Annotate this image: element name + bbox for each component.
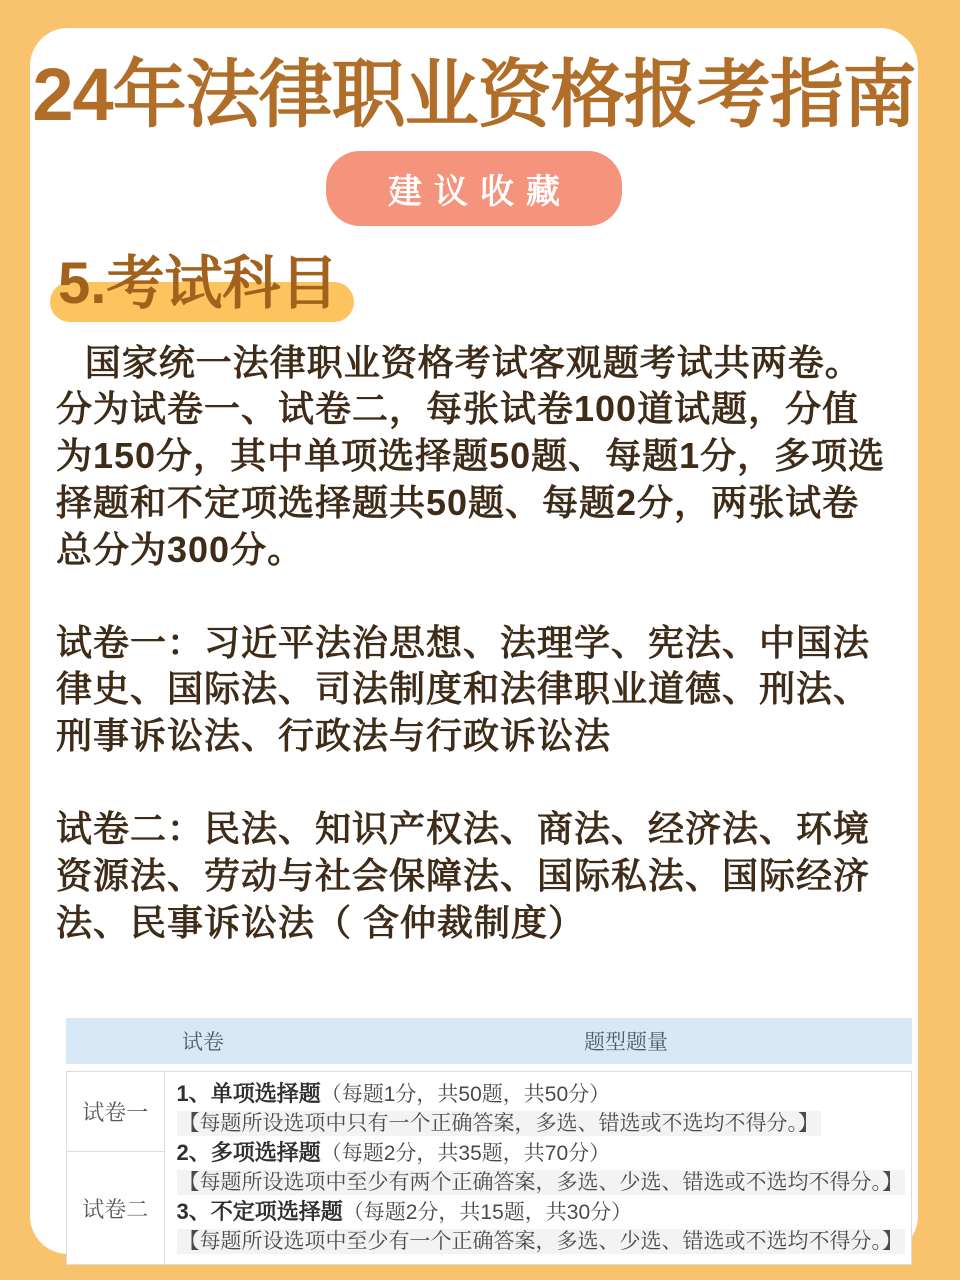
scoring-note-line: 【每题所设选项中只有一个正确答案，多选、错选或不选均不得分。】 (177, 1109, 906, 1138)
poster-background: 24年法律职业资格报考指南 建议收藏 5.考试科目 国家统一法律职业资格考试客观… (0, 0, 960, 1280)
table-header-row: 试卷 题型题量 (66, 1018, 912, 1064)
table-row-paper2-label: 试卷二 (67, 1152, 164, 1264)
page-title: 24年法律职业资格报考指南 (30, 54, 918, 137)
paper-one-subjects-paragraph: 试卷一：习近平法治思想、法理学、宪法、中国法律史、国际法、司法制度和法律职业道德… (56, 620, 892, 760)
scoring-note-line: 【每题所设选项中至少有一个正确答案，多选、少选、错选或不选均不得分。】 (177, 1227, 906, 1256)
table-question-details-cell: 1、单项选择题（每题1分，共50题，共50分） 【每题所设选项中只有一个正确答案… (165, 1072, 912, 1264)
paper-two-subjects-paragraph: 试卷二：民法、知识产权法、商法、经济法、环境资源法、劳动与社会保障法、国际私法、… (56, 806, 892, 946)
table-paper-column: 试卷一 试卷二 (67, 1072, 165, 1264)
intro-paragraph: 国家统一法律职业资格考试客观题考试共两卷。分为试卷一、试卷二，每张试卷100道试… (56, 340, 892, 574)
question-type-line: 2、多项选择题（每题2分，共35题，共70分） (177, 1138, 906, 1168)
table-header-paper: 试卷 (66, 1026, 340, 1056)
section-heading-text: 5.考试科目 (58, 251, 338, 316)
badge-container: 建议收藏 (30, 151, 918, 226)
section-heading-exam-subjects: 5.考试科目 (58, 252, 338, 316)
save-suggestion-badge: 建议收藏 (326, 151, 622, 226)
table-body: 试卷一 试卷二 1、单项选择题（每题1分，共50题，共50分） 【每题所设选项中… (66, 1071, 912, 1265)
question-type-line: 3、不定项选择题（每题2分，共15题，共30分） (177, 1197, 906, 1227)
content-card: 24年法律职业资格报考指南 建议收藏 5.考试科目 国家统一法律职业资格考试客观… (30, 28, 918, 1254)
question-type-table: 试卷 题型题量 试卷一 试卷二 1、单项选择题（每题1分，共50题，共50分） … (66, 1018, 912, 1265)
table-row-paper1-label: 试卷一 (67, 1072, 164, 1152)
table-header-question-types: 题型题量 (340, 1026, 912, 1056)
question-type-line: 1、单项选择题（每题1分，共50题，共50分） (177, 1079, 906, 1109)
scoring-note-line: 【每题所设选项中至少有两个正确答案，多选、少选、错选或不选均不得分。】 (177, 1168, 906, 1197)
